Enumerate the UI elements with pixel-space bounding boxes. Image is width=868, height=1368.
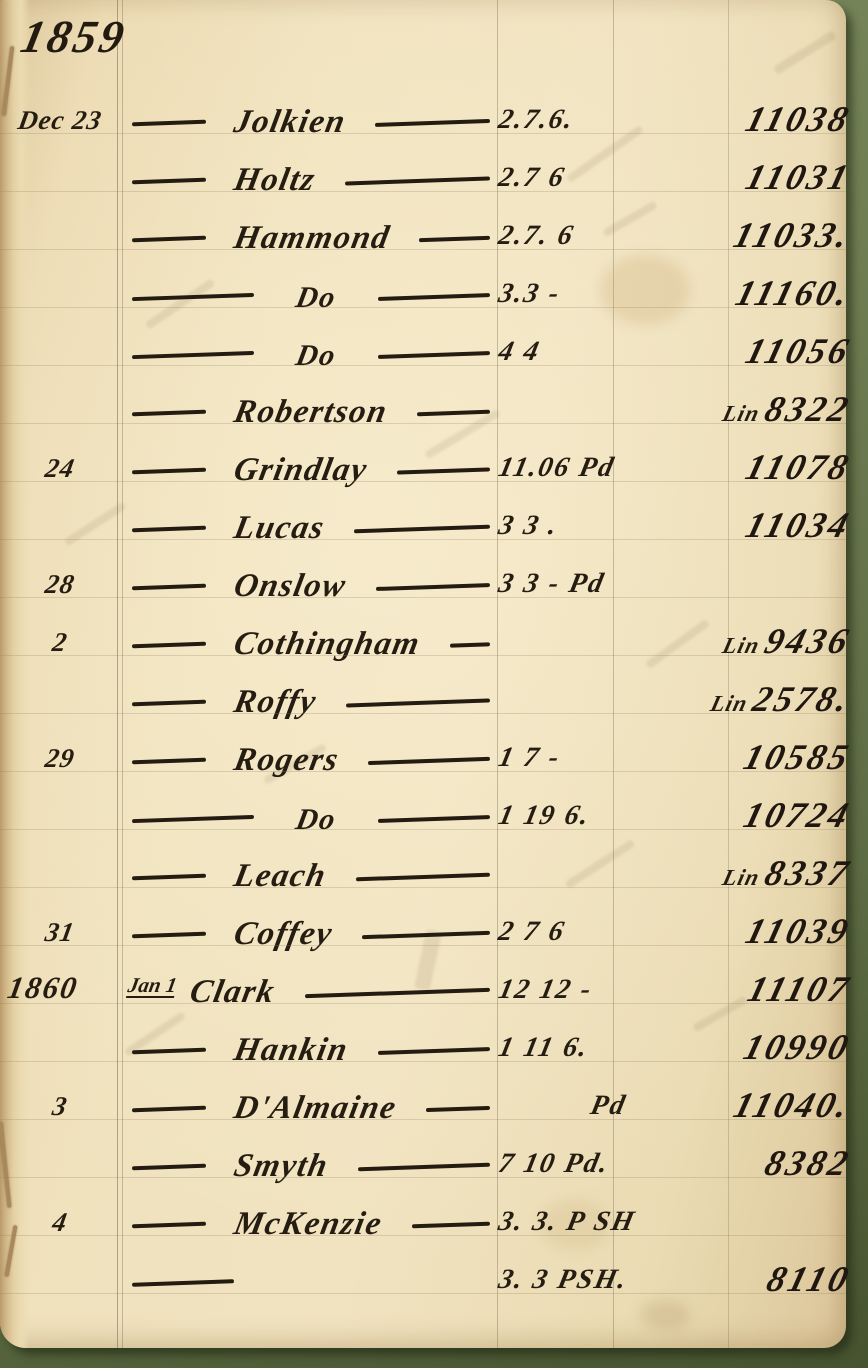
- ink-dash: [378, 293, 490, 301]
- name-zone: Jan 1 Clark: [126, 975, 494, 1012]
- ledger-cell: 11033.: [648, 214, 850, 256]
- ink-dash: [132, 468, 206, 475]
- ledger-number: 11034: [741, 504, 855, 546]
- ledger-row: Do 4 4 11056: [0, 322, 846, 380]
- entry-name: Leach: [231, 860, 330, 896]
- entry-name: Cothingham: [231, 628, 424, 664]
- ink-dash: [397, 467, 490, 474]
- entry-name: Clark: [187, 976, 279, 1012]
- ink-dash: [346, 698, 490, 707]
- ledger-number: 11160.: [731, 272, 855, 314]
- ink-dash: [132, 1048, 206, 1055]
- ledger-cell: [648, 586, 850, 604]
- ink-dash: [132, 293, 254, 301]
- ledger-prefix: Lin: [720, 633, 763, 659]
- name-zone: Onslow: [126, 570, 494, 606]
- name-zone: Grindlay: [126, 454, 494, 490]
- ink-dash: [305, 988, 490, 998]
- ledger-number: 11040.: [729, 1084, 855, 1126]
- name-zone: McKenzie: [126, 1208, 494, 1244]
- ledger-row: Leach Lin8337: [0, 844, 846, 902]
- ledger-page: 1859 Dec 23 Jolkien 2.7.6. 11038 Holtz 2…: [0, 0, 846, 1348]
- entry-name: Roffy: [231, 686, 320, 722]
- name-zone: Holtz: [126, 164, 494, 200]
- name-zone: Lucas: [126, 512, 494, 548]
- ink-dash: [450, 642, 491, 647]
- name-zone: Roffy: [126, 686, 494, 722]
- entry-date: 28: [1, 569, 118, 600]
- name-zone: Do: [126, 805, 494, 838]
- entry-date: 3: [1, 1091, 118, 1122]
- ledger-number: 2578.: [748, 678, 855, 720]
- ink-dash: [132, 815, 254, 823]
- ink-dash: [354, 525, 490, 534]
- ledger-number: 11033.: [729, 214, 855, 256]
- ledger-cell: Lin9436: [648, 620, 850, 662]
- year-label: 1859: [16, 10, 131, 63]
- ledger-row: Do 1 19 6. 10724: [0, 786, 846, 844]
- entry-name: D'Almaine: [231, 1092, 400, 1128]
- name-zone: Rogers: [126, 744, 494, 780]
- ink-dash: [375, 119, 490, 127]
- name-zone: Smyth: [126, 1150, 494, 1186]
- ledger-row: Do 3.3 - 11160.: [0, 264, 846, 322]
- ledger-cell: 10990: [648, 1026, 850, 1068]
- ledger-number: 11078: [741, 446, 855, 488]
- name-zone: Leach: [126, 860, 494, 896]
- ink-dash: [132, 932, 206, 939]
- entry-date: 1860: [1, 970, 123, 1006]
- ink-dash: [132, 526, 206, 533]
- ledger-row: 3 D'Almaine Pd 11040.: [0, 1076, 846, 1134]
- ledger-row: 28 Onslow 3 3 - Pd: [0, 554, 846, 612]
- ink-dash: [132, 120, 206, 127]
- ledger-cell: 11031: [648, 156, 850, 198]
- entry-name: Rogers: [231, 744, 342, 780]
- ledger-row: 3. 3 PSH. 8110: [0, 1250, 846, 1308]
- ink-dash: [378, 1047, 491, 1055]
- ink-dash: [368, 757, 490, 765]
- ink-dash: [132, 874, 206, 881]
- entry-month: Jan 1: [126, 975, 178, 998]
- name-zone: [126, 1281, 494, 1302]
- entry-date: 31: [1, 917, 118, 948]
- ink-dash: [358, 1163, 490, 1172]
- entry-name: Onslow: [231, 570, 350, 606]
- ledger-cell: 11078: [648, 446, 850, 488]
- ledger-row: 2 Cothingham Lin9436: [0, 612, 846, 670]
- entry-name: Hankin: [231, 1034, 352, 1070]
- ledger-cell: 11038: [648, 98, 850, 140]
- ink-dash: [132, 700, 206, 707]
- ink-dash: [426, 1106, 490, 1112]
- entry-name: Hammond: [231, 222, 393, 258]
- ledger-prefix: Lin: [720, 865, 763, 891]
- ledger-cell: Lin8337: [648, 852, 850, 894]
- entry-name: Jolkien: [231, 106, 349, 142]
- ledger-row: Dec 23 Jolkien 2.7.6. 11038: [0, 90, 846, 148]
- rows: Dec 23 Jolkien 2.7.6. 11038 Holtz 2.7 6 …: [0, 90, 846, 1308]
- ledger-cell: 11056: [648, 330, 850, 372]
- name-zone: Coffey: [126, 918, 494, 954]
- ink-dash: [132, 410, 206, 417]
- entry-date: Dec 23: [1, 105, 118, 136]
- ledger-cell: Lin8322: [648, 388, 850, 430]
- entry-name: Grindlay: [231, 454, 371, 490]
- ledger-cell: 11040.: [648, 1084, 850, 1126]
- ledger-prefix: Lin: [720, 401, 763, 427]
- ledger-number: 11107: [743, 968, 855, 1010]
- name-zone: Jolkien: [126, 106, 494, 142]
- entry-date: 4: [1, 1207, 118, 1238]
- name-zone: Hammond: [126, 222, 494, 258]
- entry-name: Holtz: [231, 164, 319, 200]
- entry-name: Robertson: [231, 396, 391, 432]
- ledger-cell: 10724: [648, 794, 850, 836]
- ledger-number: 8337: [760, 852, 855, 894]
- ledger-row: 24 Grindlay 11.06 Pd 11078: [0, 438, 846, 496]
- name-zone: Do: [126, 283, 494, 316]
- name-zone: Robertson: [126, 396, 494, 432]
- entry-name: Lucas: [231, 512, 328, 548]
- ledger-row: 31 Coffey 2 7 6 11039: [0, 902, 846, 960]
- ledger-row: Lucas 3 3 . 11034: [0, 496, 846, 554]
- name-zone: D'Almaine: [126, 1092, 494, 1128]
- ledger-number: 11031: [741, 156, 855, 198]
- ink-dash: [132, 1106, 206, 1113]
- entry-name: Do: [293, 805, 339, 838]
- ink-dash: [417, 410, 490, 417]
- ledger-cell: 11160.: [648, 272, 850, 314]
- ink-dash: [132, 758, 206, 765]
- ledger-row: Hankin 1 11 6. 10990: [0, 1018, 846, 1076]
- ledger-number: 9436: [760, 620, 855, 662]
- ink-dash: [378, 351, 490, 359]
- ledger-row: 1860 Jan 1 Clark 12 12 - 11107: [0, 960, 846, 1018]
- ledger-cell: Lin2578.: [648, 678, 850, 720]
- ink-dash: [132, 1164, 206, 1171]
- entry-date: 2: [1, 627, 118, 658]
- entry-date: 29: [1, 743, 118, 774]
- ledger-number: 10990: [739, 1026, 855, 1068]
- ink-dash: [132, 351, 254, 359]
- ledger-row: Hammond 2.7. 6 11033.: [0, 206, 846, 264]
- ledger-row: Roffy Lin2578.: [0, 670, 846, 728]
- ledger-row: Robertson Lin8322: [0, 380, 846, 438]
- ledger-number: 8382: [760, 1142, 855, 1184]
- ink-dash: [419, 236, 490, 242]
- ledger-prefix: Lin: [708, 691, 751, 717]
- ink-dash: [132, 236, 206, 243]
- ink-dash: [132, 1222, 206, 1229]
- showthrough-mark: [773, 30, 837, 75]
- ink-dash: [378, 815, 490, 823]
- ink-dash: [376, 583, 490, 591]
- ink-dash: [132, 584, 206, 591]
- ink-dash: [356, 873, 490, 882]
- entry-name: Do: [293, 341, 339, 374]
- ledger-row: Holtz 2.7 6 11031: [0, 148, 846, 206]
- ledger-cell: 11039: [648, 910, 850, 952]
- entry-name: Smyth: [231, 1150, 332, 1186]
- ledger-row: 4 McKenzie 3. 3. P SH: [0, 1192, 846, 1250]
- ledger-number: 8110: [762, 1258, 855, 1300]
- ledger-number: 11038: [741, 98, 855, 140]
- ledger-number: 10724: [739, 794, 855, 836]
- name-zone: Do: [126, 341, 494, 374]
- ink-dash: [412, 1222, 490, 1229]
- ledger-cell: 10585: [648, 736, 850, 778]
- ledger-cell: 8110: [648, 1258, 850, 1300]
- ledger-number: 11039: [741, 910, 855, 952]
- ledger-number: 8322: [760, 388, 855, 430]
- ledger-cell: 8382: [648, 1142, 850, 1184]
- ink-dash: [132, 178, 206, 185]
- name-zone: Cothingham: [126, 628, 494, 664]
- name-zone: Hankin: [126, 1034, 494, 1070]
- entry-name: Coffey: [231, 918, 336, 954]
- ledger-row: 29 Rogers 1 7 - 10585: [0, 728, 846, 786]
- ink-dash: [362, 931, 490, 939]
- ledger-cell: [648, 1224, 850, 1242]
- entry-name: Do: [293, 283, 339, 316]
- ledger-number: 11056: [741, 330, 855, 372]
- ink-dash: [345, 176, 490, 185]
- ledger-cell: 11107: [648, 968, 850, 1010]
- ink-dash: [132, 1279, 234, 1287]
- entry-name: McKenzie: [231, 1208, 386, 1244]
- ink-dash: [132, 642, 206, 649]
- ledger-row: Smyth 7 10 Pd. 8382: [0, 1134, 846, 1192]
- photo-background: 1859 Dec 23 Jolkien 2.7.6. 11038 Holtz 2…: [0, 0, 868, 1368]
- entry-date: 24: [1, 453, 118, 484]
- ledger-cell: 11034: [648, 504, 850, 546]
- ledger-number: 10585: [739, 736, 855, 778]
